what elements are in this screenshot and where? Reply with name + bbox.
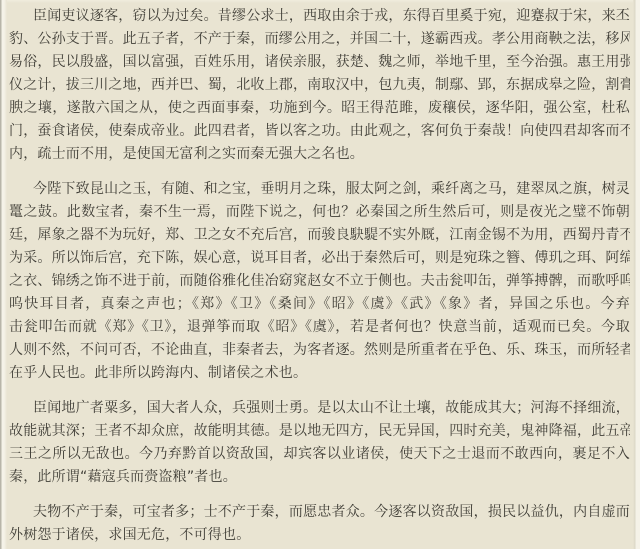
text-line: 廷，犀象之器不为玩好，郑、卫之女不充后宫，而骏良駃騠不实外厩，江南金锡不为用，西… bbox=[9, 224, 630, 247]
paragraph: 臣闻吏议逐客，窃以为过矣。昔缪公求士，西取由余于戎，东得百里奚于宛，迎蹇叔于宋，… bbox=[9, 5, 630, 166]
text-line: 故能就其深；王者不却众庶，故能明其德。是以地无四方，民无异国，四时充美，鬼神降福… bbox=[9, 420, 630, 443]
paragraph: 臣闻地广者粟多，国大者人众，兵强则士勇。是以太山不让土壤，故能成其大；河海不择细… bbox=[9, 397, 630, 489]
text-line: 夫物不产于秦，可宝者多；士不产于秦，而愿忠者众。今逐客以资敌国，损民以益仇，内自… bbox=[9, 501, 630, 524]
text-line: 为采。所以饰后宫，充下陈，娱心意，说耳目者，必出于秦然后可，则是宛珠之簪、傅玑之… bbox=[9, 247, 630, 270]
text-line: 仪之计，拔三川之地，西并巴、蜀，北收上郡，南取汉中，包九夷，制鄢、郢，东据成皋之… bbox=[9, 74, 630, 97]
text-line: 三王之所以无敌也。今乃弃黔首以资敌国，却宾客以业诸侯，使天下之士退而不敢西向，裹… bbox=[9, 443, 630, 466]
text-line: 之衣、锦绣之饰不进于前，而随俗雅化佳冶窈窕赵女不立于侧也。夫击瓮叩缶，弹筝搏髀，… bbox=[9, 270, 630, 293]
text-line: 击瓮叩缶而就《郑》《卫》，退弹筝而取《昭》《虞》，若是者何也？快意当前，适观而已… bbox=[9, 316, 630, 339]
text-line: 呜快耳目者，真秦之声也；《郑》《卫》《桑间》《昭》《虞》《武》《象》者，异国之乐… bbox=[9, 293, 630, 316]
top-edge-highlight bbox=[0, 0, 640, 3]
text-line: 豹、公孙支于晋。此五子者，不产于秦，而缪公用之，并国二十，遂霸西戎。孝公用商鞅之… bbox=[9, 28, 630, 51]
paragraph: 今陛下致昆山之玉，有随、和之宝，垂明月之珠，服太阿之剑，乘纤离之马，建翠凤之旗，… bbox=[9, 178, 630, 385]
text-line: 秦，此所谓“藉寇兵而赍盗粮”者也。 bbox=[9, 466, 630, 489]
text-line: 腴之壤，遂散六国之从，使之西面事秦，功施到今。昭王得范雎，废穰侯，逐华阳，强公室… bbox=[9, 97, 630, 120]
text-line: 今陛下致昆山之玉，有随、和之宝，垂明月之珠，服太阿之剑，乘纤离之马，建翠凤之旗，… bbox=[9, 178, 630, 201]
right-edge-highlight bbox=[633, 0, 640, 549]
text-line: 易俗，民以殷盛，国以富强，百姓乐用，诸侯亲服，获楚、魏之师，举地千里，至今治强。… bbox=[9, 51, 630, 74]
text-line: 门，蚕食诸侯，使秦成帝业。此四君者，皆以客之功。由此观之，客何负于秦哉！向使四君… bbox=[9, 120, 630, 143]
text-line: 在乎人民也。此非所以跨海内、制诸侯之术也。 bbox=[9, 362, 630, 385]
text-line: 鼍之鼓。此数宝者，秦不生一焉，而陛下说之，何也？必秦国之所生然后可，则是夜光之璧… bbox=[9, 201, 630, 224]
text-line: 臣闻吏议逐客，窃以为过矣。昔缪公求士，西取由余于戎，东得百里奚于宛，迎蹇叔于宋，… bbox=[9, 5, 630, 28]
paragraph: 夫物不产于秦，可宝者多；士不产于秦，而愿忠者众。今逐客以资敌国，损民以益仇，内自… bbox=[9, 501, 630, 547]
left-edge-highlight bbox=[0, 0, 7, 549]
text-line: 人则不然，不问可否，不论曲直，非秦者去，为客者逐。然则是所重者在乎色、乐、珠玉，… bbox=[9, 339, 630, 362]
text-line: 内，疏士而不用，是使国无富利之实而秦无强大之名也。 bbox=[9, 143, 630, 166]
text-line: 臣闻地广者粟多，国大者人众，兵强则士勇。是以太山不让土壤，故能成其大；河海不择细… bbox=[9, 397, 630, 420]
text-content: 臣闻吏议逐客，窃以为过矣。昔缪公求士，西取由余于戎，东得百里奚于宛，迎蹇叔于宋，… bbox=[9, 5, 630, 547]
document-page: 臣闻吏议逐客，窃以为过矣。昔缪公求士，西取由余于戎，东得百里奚于宛，迎蹇叔于宋，… bbox=[0, 0, 640, 549]
text-line: 外树怨于诸侯，求国无危，不可得也。 bbox=[9, 524, 630, 547]
